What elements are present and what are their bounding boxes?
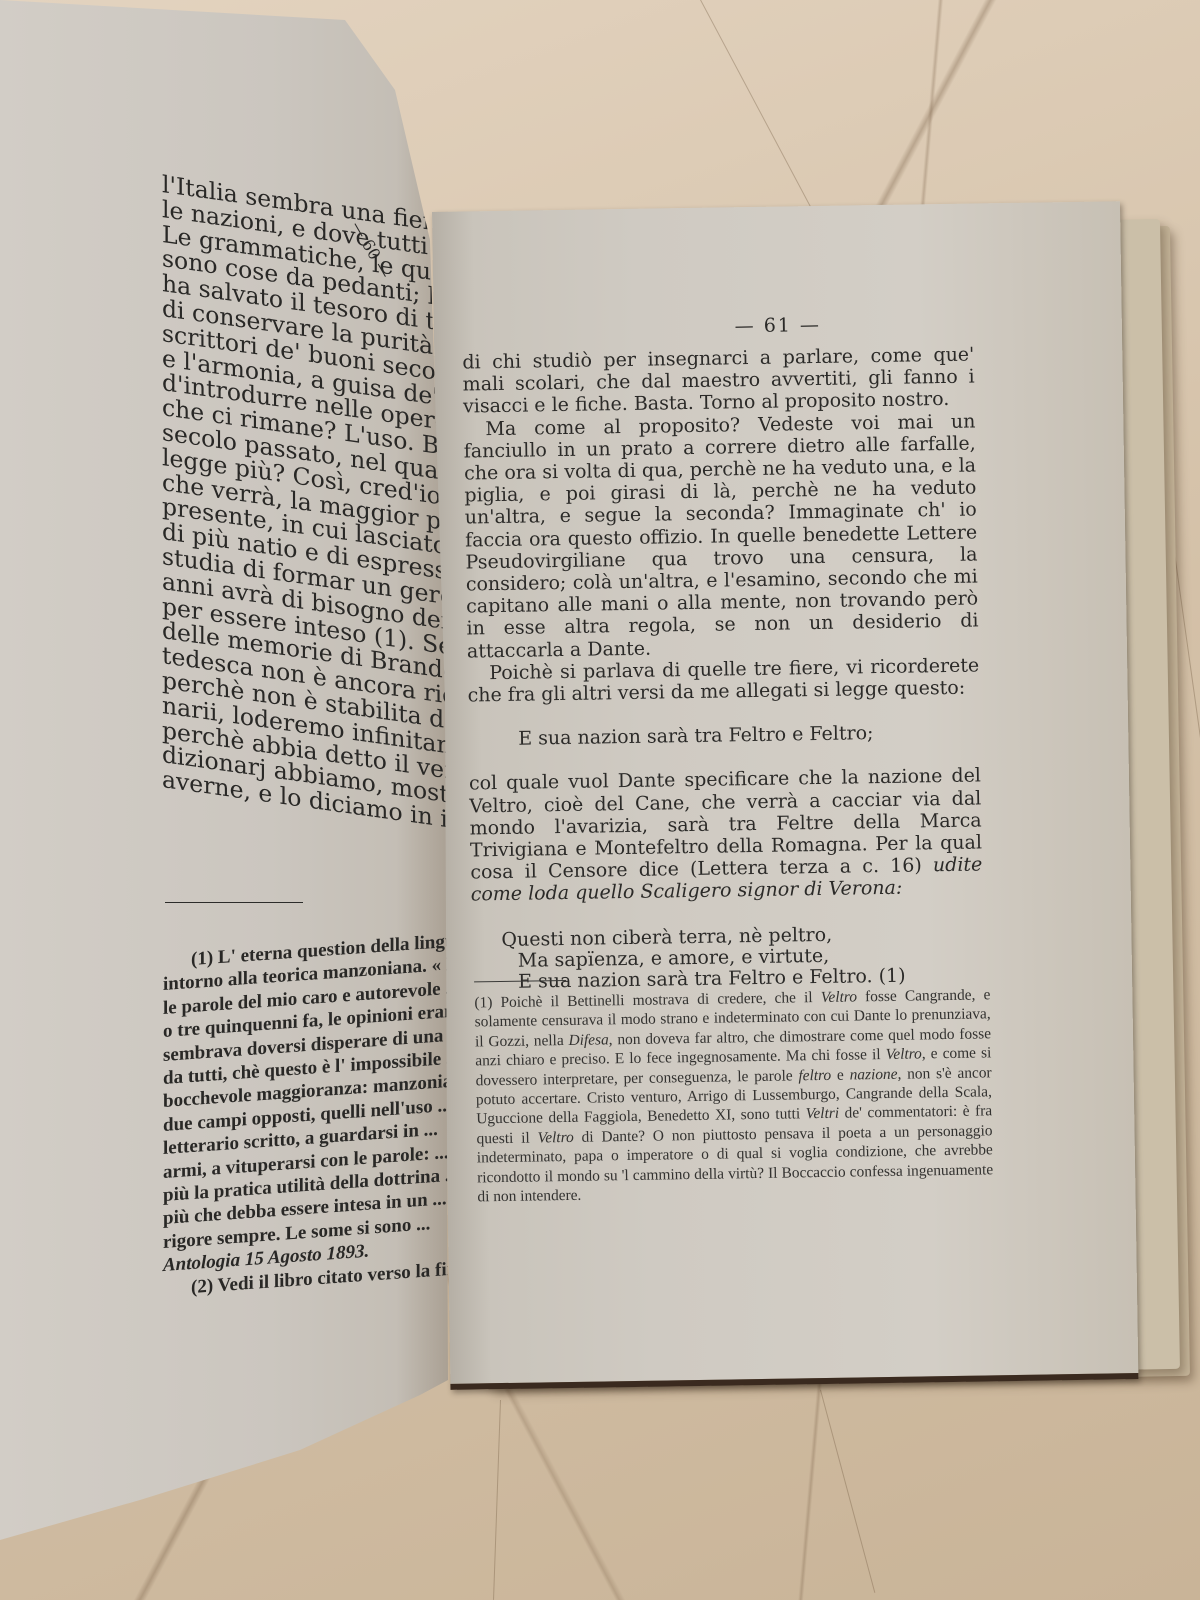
desk-scratch (700, 0, 823, 230)
body-text: l'Italia sembra una fiera, dove le nazio… (162, 172, 462, 834)
footnote-italic: Veltro (821, 988, 857, 1006)
footnote: (1) L' eterna question della lingua, che… (163, 929, 463, 1301)
right-page: — 61 — di chi studiò per insegnarci a pa… (432, 201, 1138, 1390)
footnote-italic: Veltri (806, 1105, 840, 1123)
paragraph: Poichè si parlava di quelle tre fiere, v… (467, 654, 980, 706)
paragraph: di chi studiò per insegnarci a parlare, … (462, 344, 975, 419)
page-number: — 61 — (434, 309, 1122, 342)
footnote-text: e (831, 1066, 850, 1083)
desk-scratch (820, 1390, 875, 1593)
paragraph: Ma come al proposito? Vedeste voi mai un… (463, 410, 979, 662)
desk-scratch (493, 1400, 501, 1600)
footnote-italic: Veltro (885, 1046, 921, 1064)
footnote-marker: (1) (474, 994, 492, 1011)
footnote-divider (165, 902, 303, 903)
verse-quote: E sua nazion sarà tra Feltro e Feltro; (518, 721, 980, 750)
body-text: di chi studiò per insegnarci a parlare, … (462, 344, 984, 994)
footnote-italic: Difesa (568, 1031, 608, 1049)
paragraph-text: col quale vuol Dante specificare che la … (469, 765, 982, 884)
paragraph: col quale vuol Dante specificare che la … (469, 765, 983, 906)
footnote-italic: nazione (849, 1065, 897, 1083)
footnote-italic: feltro (798, 1066, 831, 1084)
footnote-italic: Veltro (537, 1129, 573, 1147)
footnote: (1) Poichè il Bettinelli mostrava di cre… (474, 985, 993, 1207)
verse-block: Questi non ciberà terra, nè peltro, Ma s… (501, 922, 984, 993)
left-page: — 60 — l'Italia sembra una fiera, dove l… (0, 0, 450, 1540)
